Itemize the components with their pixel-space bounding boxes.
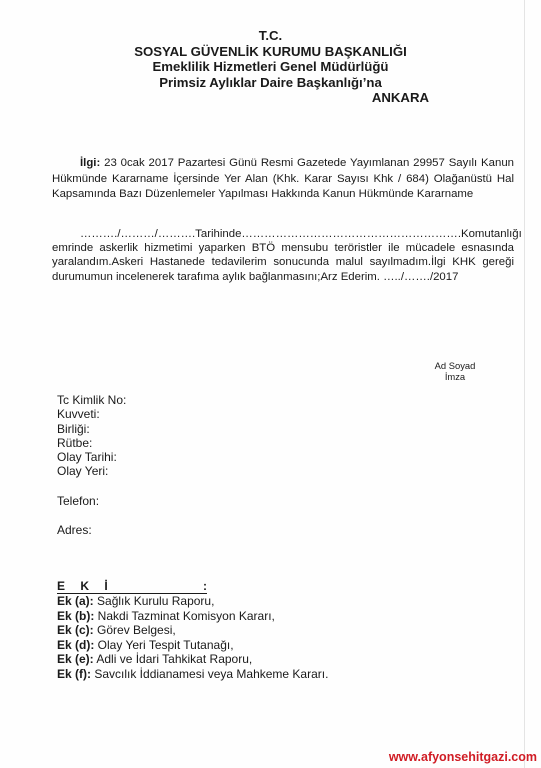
field-kuvvet: Kuvveti: [57, 407, 126, 421]
field-olay-yeri: Olay Yeri: [57, 464, 126, 478]
field-tc-kimlik: Tc Kimlik No: [57, 393, 126, 407]
header-directorate: Emeklilik Hizmetleri Genel Müdürlüğü [0, 59, 541, 75]
attachment-item: Ek (a): Sağlık Kurulu Raporu, [57, 594, 328, 609]
date-blank-line: ………./………/……….Tarihinde………………………………………………… [52, 227, 514, 241]
header-city: ANKARA [0, 90, 541, 106]
signature-block: Ad Soyad İmza [400, 360, 510, 382]
reference-label: İlgi: [80, 157, 100, 169]
signature-name: Ad Soyad [400, 360, 510, 371]
attachment-item: Ek (c): Görev Belgesi, [57, 623, 328, 638]
field-adres: Adres: [57, 523, 92, 537]
document-page: T.C. SOSYAL GÜVENLİK KURUMU BAŞKANLIĞI E… [0, 0, 541, 768]
attachment-item: Ek (b): Nakdi Tazminat Komisyon Kararı, [57, 609, 328, 624]
reference-paragraph: İlgi: 23 0cak 2017 Pazartesi Günü Resmi … [52, 156, 514, 203]
letter-header: T.C. SOSYAL GÜVENLİK KURUMU BAŞKANLIĞI E… [0, 28, 541, 106]
attachment-item: Ek (f): Savcılık İddianamesi veya Mahkem… [57, 667, 328, 682]
attachments-list: E K İ : Ek (a): Sağlık Kurulu Raporu, Ek… [57, 579, 328, 682]
attachment-item: Ek (d): Olay Yeri Tespit Tutanağı, [57, 638, 328, 653]
attachment-item: Ek (e): Adli ve İdari Tahkikat Raporu, [57, 652, 328, 667]
petition-text: emrinde askerlik hizmetimi yaparken BTÖ … [52, 241, 514, 284]
field-birlik: Birliği: [57, 422, 126, 436]
header-institution: SOSYAL GÜVENLİK KURUMU BAŞKANLIĞI [0, 44, 541, 60]
signature-sign: İmza [400, 371, 510, 382]
field-telefon: Telefon: [57, 494, 99, 508]
petition-body: ………./………/……….Tarihinde………………………………………………… [52, 227, 514, 284]
reference-text: 23 0cak 2017 Pazartesi Günü Resmi Gazete… [52, 157, 514, 200]
field-rutbe: Rütbe: [57, 436, 126, 450]
field-olay-tarihi: Olay Tarihi: [57, 450, 126, 464]
header-tc: T.C. [0, 28, 541, 44]
header-department: Primsiz Aylıklar Daire Başkanlığı’na [0, 75, 541, 91]
attachments-heading: E K İ : [57, 579, 207, 594]
website-watermark: www.afyonsehitgazi.com [389, 750, 537, 764]
personal-fields: Tc Kimlik No: Kuvveti: Birliği: Rütbe: O… [57, 393, 126, 479]
scan-edge-line [524, 0, 525, 768]
